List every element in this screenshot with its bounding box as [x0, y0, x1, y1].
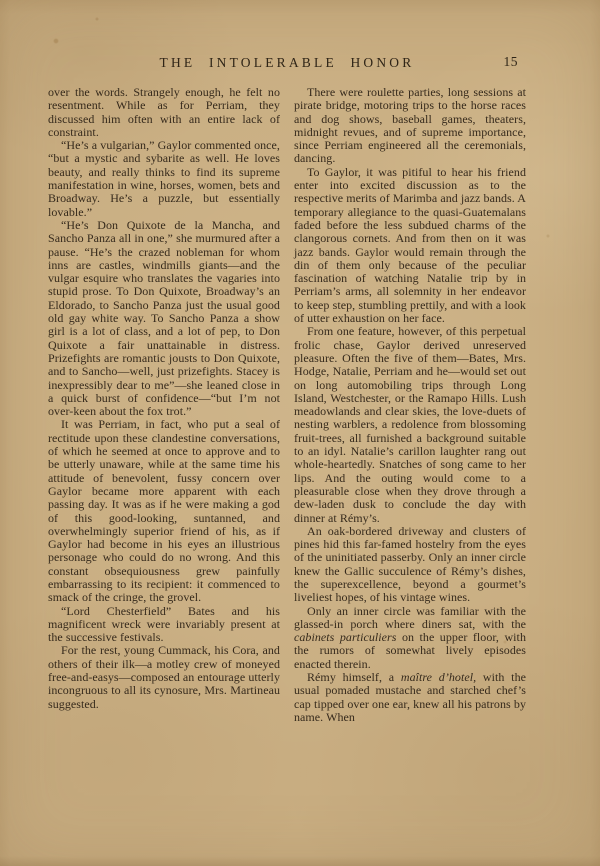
text-run: From one feature, however, of this perpe… [294, 324, 526, 524]
book-page: THE INTOLERABLE HONOR 15 over the words.… [0, 0, 600, 866]
italic-phrase: maître d’hotel, [401, 670, 476, 684]
text-run: An oak-bordered driveway and clusters of… [294, 524, 526, 604]
text-run: To Gaylor, it was pitiful to hear his fr… [294, 165, 526, 325]
paragraph: “He’s a vulgarian,” Gaylor commented onc… [48, 139, 280, 219]
paragraph: “Lord Chesterfield” Bates and his magnif… [48, 605, 280, 645]
text-run: There were roulette parties, long sessio… [294, 85, 526, 165]
paragraph: Rémy himself, a maître d’hotel, with the… [294, 671, 526, 724]
text-run: “He’s a vulgarian,” Gaylor commented onc… [48, 138, 280, 218]
paragraph: To Gaylor, it was pitiful to hear his fr… [294, 166, 526, 326]
running-title: THE INTOLERABLE HONOR [160, 55, 415, 70]
text-run: “Lord Chesterfield” Bates and his magnif… [48, 604, 280, 645]
italic-phrase: cabinets particuliers [294, 630, 396, 644]
page-number: 15 [504, 54, 519, 70]
text-run: “He’s Don Quixote de la Mancha, and Sanc… [48, 218, 280, 418]
text-run: It was Perriam, in fact, who put a seal … [48, 417, 280, 604]
text-run: Rémy himself, a [307, 670, 401, 684]
text-run: Only an inner circle was familiar with t… [294, 604, 526, 631]
text-run: For the rest, young Cummack, his Cora, a… [48, 643, 280, 710]
right-column: There were roulette parties, long sessio… [294, 86, 526, 724]
paragraph: From one feature, however, of this perpe… [294, 325, 526, 524]
left-column: over the words. Strangely enough, he fel… [48, 86, 280, 724]
paragraph: It was Perriam, in fact, who put a seal … [48, 418, 280, 604]
paragraph: over the words. Strangely enough, he fel… [48, 86, 280, 139]
paragraph: For the rest, young Cummack, his Cora, a… [48, 644, 280, 710]
paragraph: Only an inner circle was familiar with t… [294, 605, 526, 671]
paragraph: An oak-bordered driveway and clusters of… [294, 525, 526, 605]
page-header: THE INTOLERABLE HONOR 15 [48, 54, 526, 72]
text-columns: over the words. Strangely enough, he fel… [48, 86, 526, 724]
text-run: over the words. Strangely enough, he fel… [48, 85, 280, 139]
paragraph: There were roulette parties, long sessio… [294, 86, 526, 166]
paragraph: “He’s Don Quixote de la Mancha, and Sanc… [48, 219, 280, 418]
